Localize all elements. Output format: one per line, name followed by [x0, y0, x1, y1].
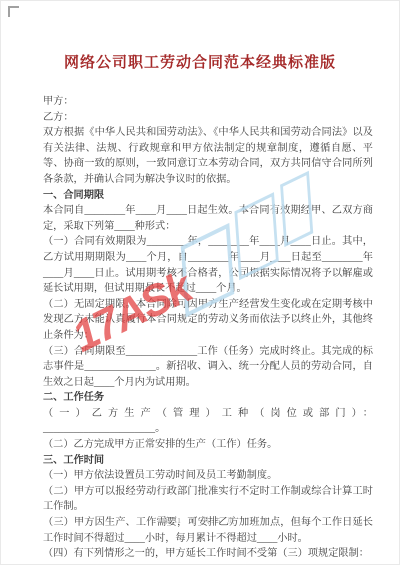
page-number-footer: 第 1 页 共 5 页: [1, 515, 399, 526]
clause: 本合同自________年____月____日起生效。本合同有效期经甲、乙双方商…: [43, 203, 373, 234]
preamble-paragraph: 双方根据《中华人民共和国劳动法》、《中华人民共和国劳动合同法》以及有关法律、法规…: [43, 125, 373, 187]
clause: （二）乙方完成甲方正常安排的生产（工作）任务。: [43, 437, 373, 453]
party-a-line: 甲方：: [43, 94, 373, 110]
contract-document-page: 网络公司职工劳动合同范本经典标准版 甲方： 乙方： 双方根据《中华人民共和国劳动…: [0, 0, 400, 565]
party-b-line: 乙方：: [43, 110, 373, 126]
clause: （三）合同期限至______________工作（任务）完成时终止。其完成的标志…: [43, 344, 373, 391]
clause: （二）无固定期限。本合同除可因甲方生产经营发生变化或在定期考核中发现乙方未能认真…: [43, 297, 373, 344]
clause: （二）甲方可以报经劳动行政部门批准实行不定时工作制或综合计算工时工作制。: [43, 484, 373, 515]
clause: （一）乙方生产（管理）工种（岗位或部门）：___________________…: [43, 406, 373, 437]
clause: （四）有下列情形之一的，甲方延长工作时间不受第（三）项规定限制：: [43, 546, 373, 562]
document-title: 网络公司职工劳动合同范本经典标准版: [1, 51, 399, 72]
clause: （一）甲方依法设置员工劳动时间及员工考勤制度。: [43, 468, 373, 484]
section-heading-work-tasks: 二、工作任务: [43, 390, 373, 406]
page-corner-mark: [8, 6, 19, 17]
section-heading-work-hours: 三、工作时间: [43, 453, 373, 469]
section-heading-contract-term: 一、合同期限: [43, 188, 373, 204]
clause: （一）合同有效期限为________年，________年____月____日止…: [43, 234, 373, 296]
contract-body: 甲方： 乙方： 双方根据《中华人民共和国劳动法》、《中华人民共和国劳动合同法》以…: [43, 94, 373, 562]
